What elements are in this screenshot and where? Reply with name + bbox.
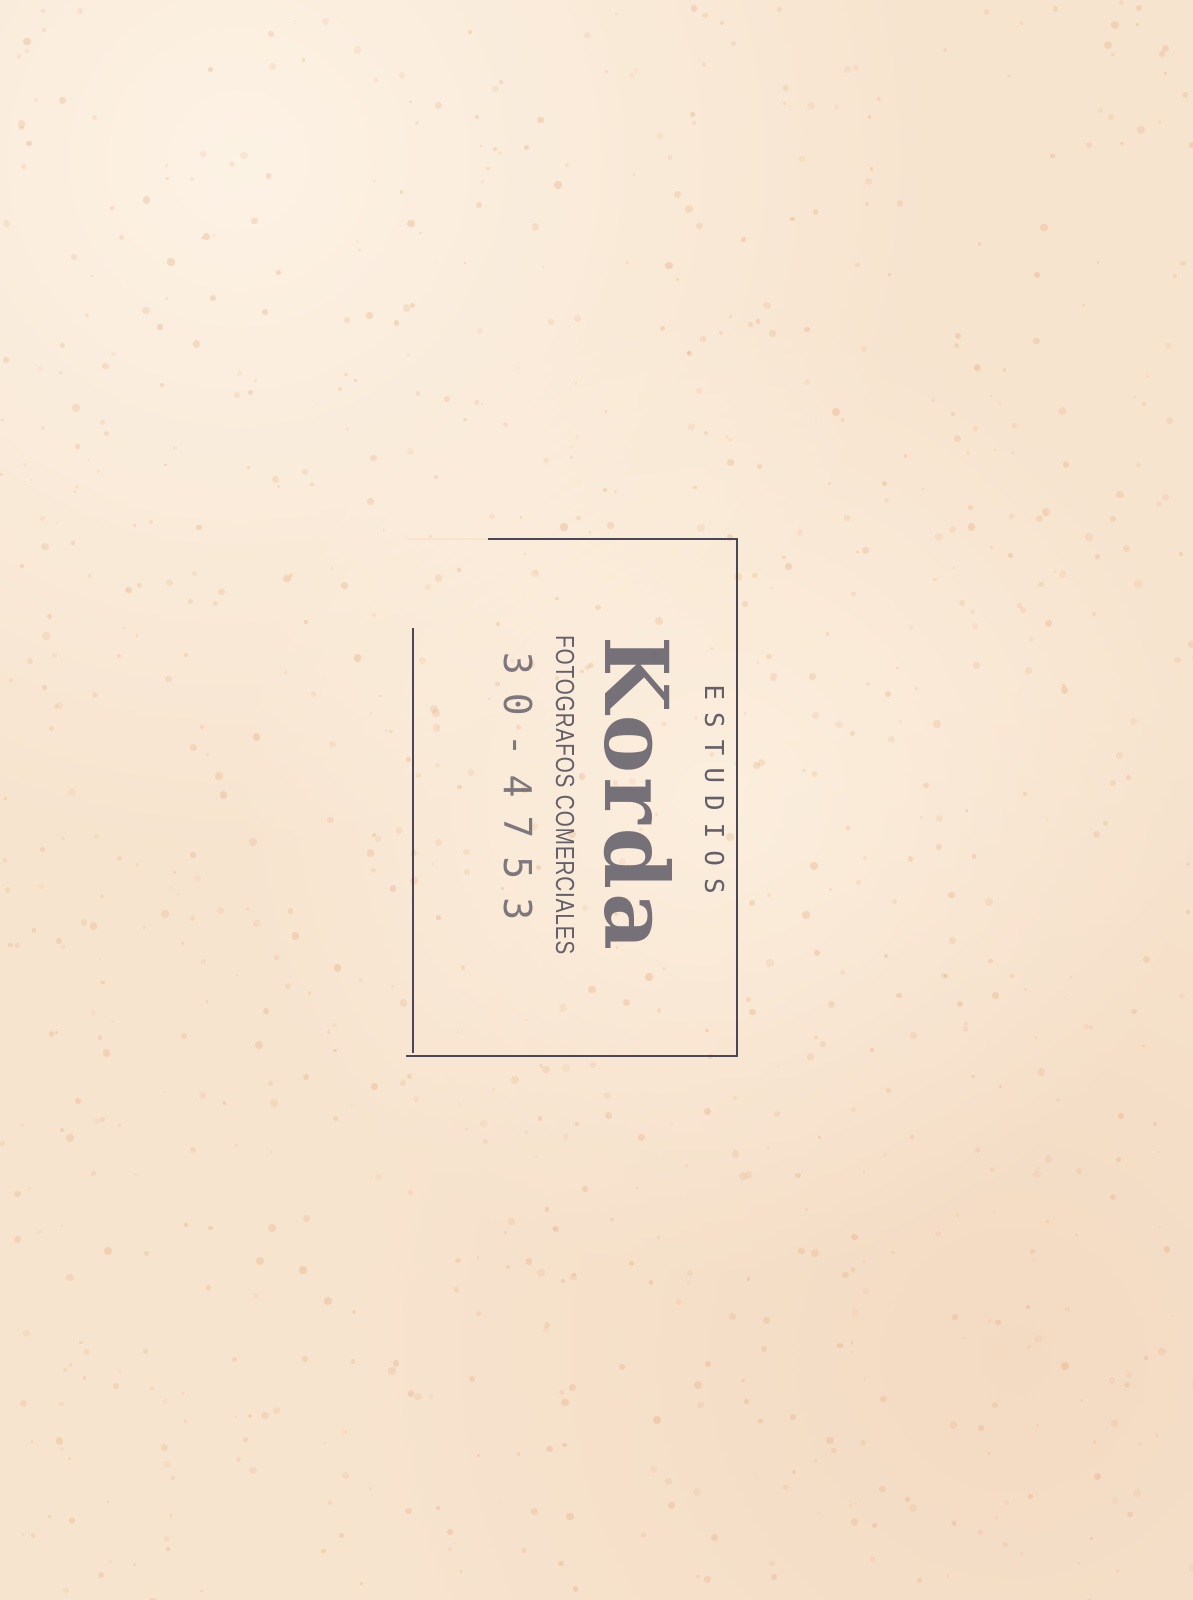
stamp-border-gap bbox=[406, 538, 488, 540]
stamp-phone-number: 30-4753 bbox=[495, 652, 539, 938]
studio-stamp: ESTUDIOS Korda FOTOGRAFOS COMERCIALES 30… bbox=[406, 545, 736, 1045]
stamp-brand-korda: Korda bbox=[592, 636, 680, 954]
stamp-estudios: ESTUDIOS bbox=[698, 684, 728, 905]
stamp-fotografos-comerciales: FOTOGRAFOS COMERCIALES bbox=[549, 635, 580, 955]
